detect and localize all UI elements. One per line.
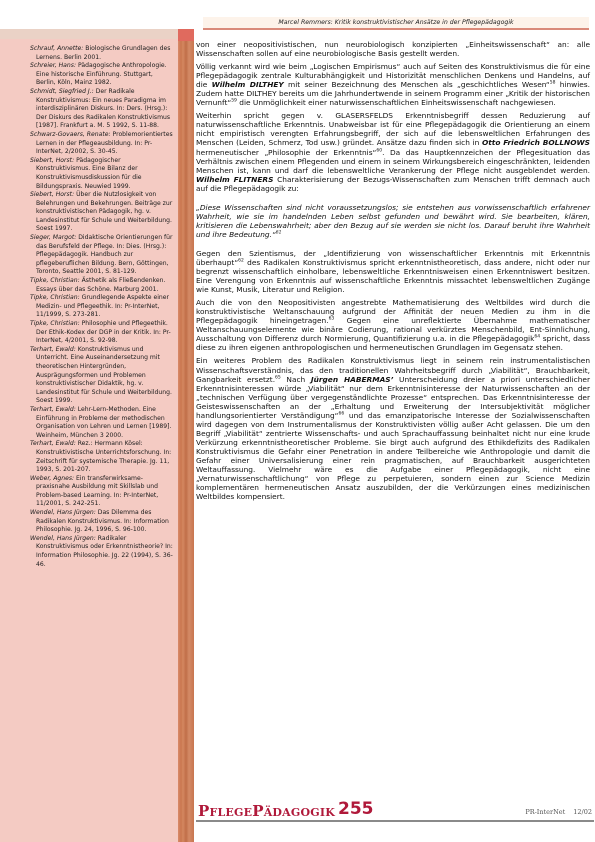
author-name: Otto Friedrich BOLLNOWS	[482, 138, 590, 147]
page-footer: PFLEGEPÄDAGOGIK 255 PR-InterNet12/02	[196, 800, 594, 822]
reference-item: Weber, Agnes: Ein transferwirksame-praxi…	[30, 475, 174, 509]
paragraph: Völlig verkannt wird wie beim „Logischen…	[196, 62, 590, 107]
reference-item: Tipke, Christian: Ästhetik als Fließende…	[30, 277, 174, 294]
reference-item: Schwarz-Govaers, Renate: Problemorientie…	[30, 131, 174, 157]
issue-info: PR-InterNet12/02	[517, 808, 592, 816]
reference-item: Schmidt, Siegfried J.: Der Radikale Kons…	[30, 88, 174, 131]
paragraph: Gegen den Szientismus, der „Identifizier…	[196, 249, 590, 294]
decorative-vertical-bar	[178, 29, 194, 842]
page-number: 255	[338, 799, 374, 819]
decorative-bar-accent	[178, 29, 194, 41]
reference-item: Terhart, Ewald: Lehr-Lern-Methoden. Eine…	[30, 406, 174, 440]
running-header: Marcel Remmers: Kritik konstruktivistisc…	[203, 17, 589, 30]
footnote-ref: 61	[276, 230, 282, 235]
author-name: Wilhelm FLITNERS	[196, 175, 273, 184]
paragraph: Weiterhin spricht gegen v. GLASERSFELDS …	[196, 111, 590, 192]
block-quote: „Diese Wissenschaften sind nicht vorauss…	[196, 203, 590, 239]
sidebar-top-band	[0, 29, 178, 39]
reference-item: Tipke, Christian: Grundlegende Aspekte e…	[30, 294, 174, 320]
author-name: Jürgen HABERMAS’	[311, 375, 394, 384]
main-body-text: von einer neopositivistischen, nun neuro…	[196, 40, 590, 505]
reference-item: Sieger, Margot: Didaktische Orientierung…	[30, 234, 174, 277]
reference-item: Terhart, Ewald: Rez.: Hermann Kösel: Kon…	[30, 440, 174, 474]
journal-logo: PFLEGEPÄDAGOGIK	[198, 802, 335, 820]
reference-item: Siebert, Horst: Über die Nutzlosigkeit v…	[30, 191, 174, 234]
reference-item: Schreier, Hans: Pädagogische Anthropolog…	[30, 62, 174, 88]
reference-item: Tipke, Christian: Philosophie und Pflege…	[30, 320, 174, 346]
author-name: Wilhelm DILTHEY	[212, 80, 284, 89]
reference-list: Schrauf, Annette: Biologische Grundlagen…	[30, 45, 174, 569]
paragraph: von einer neopositivistischen, nun neuro…	[196, 40, 590, 58]
reference-item: Terhart, Ewald: Konstruktivismus und Unt…	[30, 346, 174, 406]
reference-item: Schrauf, Annette: Biologische Grundlagen…	[30, 45, 174, 62]
reference-item: Wendel, Hans Jürgen: Das Dilemma des Rad…	[30, 509, 174, 535]
paragraph: Auch die von den Neopositivisten angestr…	[196, 298, 590, 352]
paragraph: Ein weiteres Problem des Radikalen Konst…	[196, 356, 590, 501]
reference-item: Siebert, Horst: Pädagogischer Konstrukti…	[30, 157, 174, 191]
reference-item: Wendel, Hans Jürgen: Radikaler Konstrukt…	[30, 535, 174, 569]
